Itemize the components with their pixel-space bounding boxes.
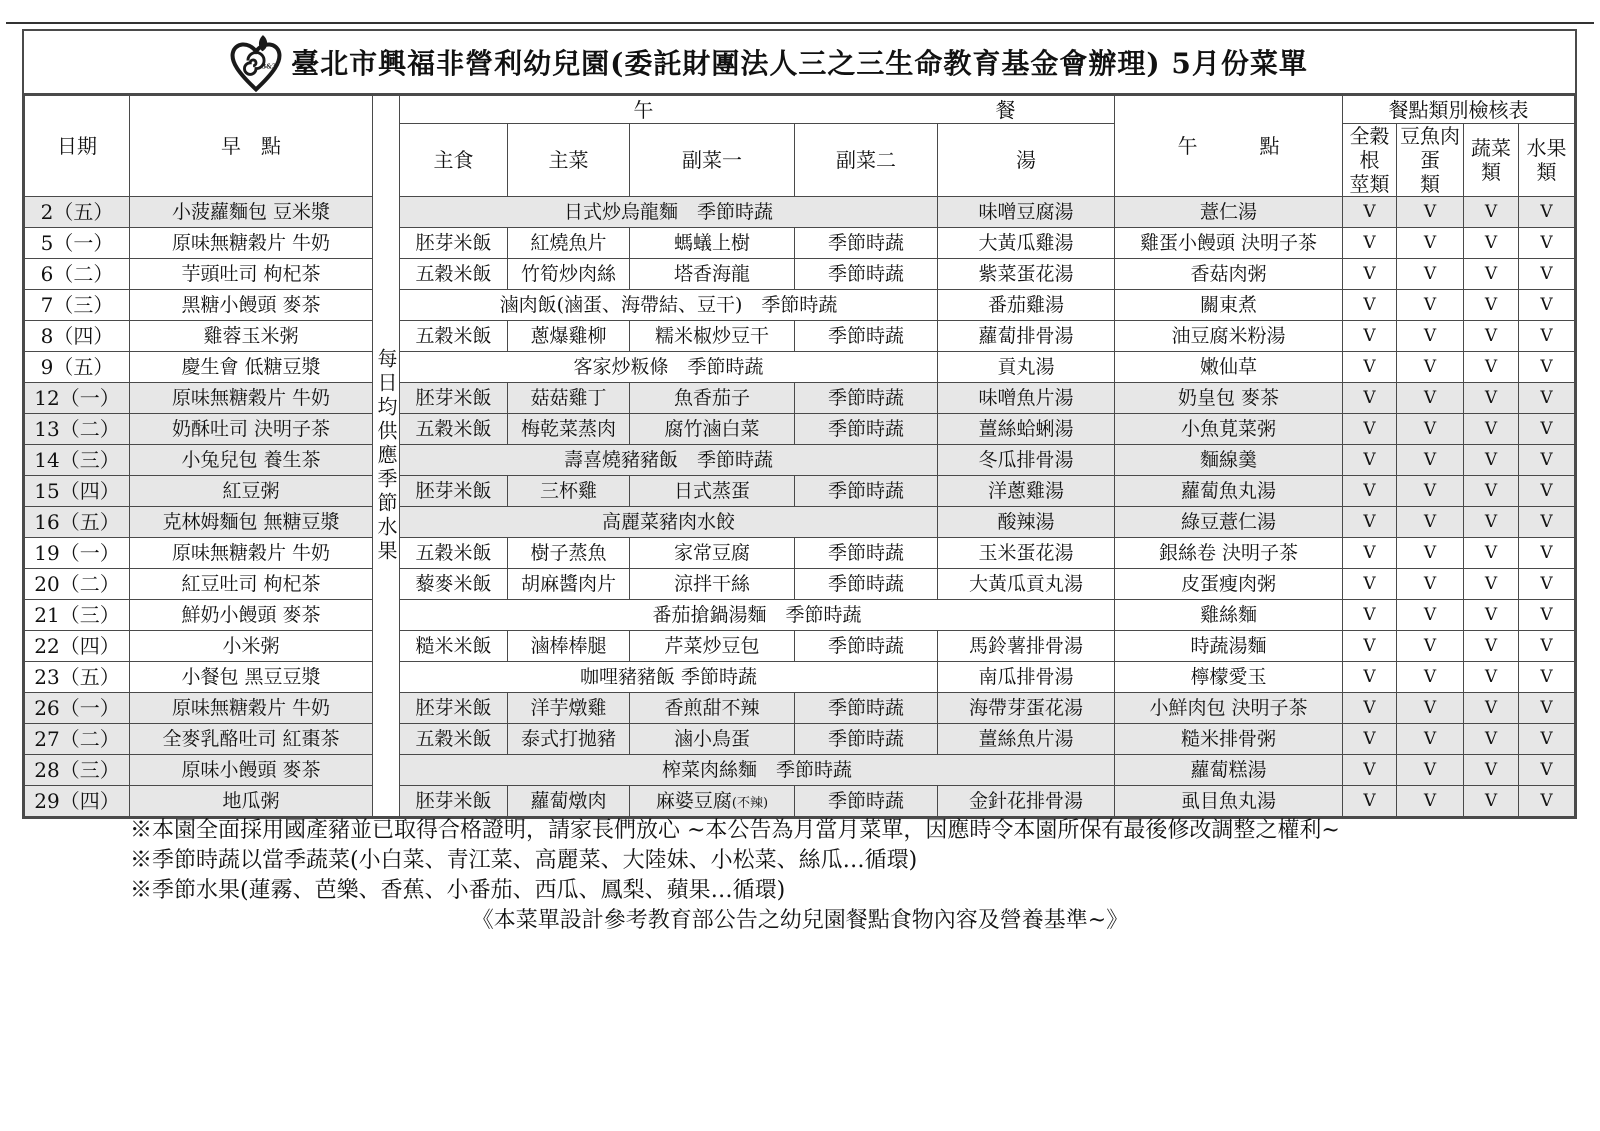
- lunch-staple-cell: 五穀米飯: [400, 414, 508, 445]
- check-mark-cell: V: [1397, 352, 1464, 383]
- check-mark-cell: V: [1397, 383, 1464, 414]
- breakfast-cell: 慶生會 低糖豆漿: [130, 352, 373, 383]
- check-mark-cell: V: [1464, 259, 1519, 290]
- check-mark-cell: V: [1464, 538, 1519, 569]
- menu-row: 15（四）紅豆粥胚芽米飯三杯雞日式蒸蛋季節時蔬洋蔥雞湯蘿蔔魚丸湯VVVV: [25, 476, 1575, 507]
- date-cell: 9（五）: [25, 352, 130, 383]
- lunch-main-cell: 樹子蒸魚: [508, 538, 630, 569]
- check-mark-cell: V: [1397, 569, 1464, 600]
- breakfast-cell: 紅豆吐司 枸杞茶: [130, 569, 373, 600]
- check-mark-cell: V: [1343, 445, 1397, 476]
- lunch-combo-cell: 客家炒粄條 季節時蔬: [400, 352, 938, 383]
- menu-row: 21（三）鮮奶小饅頭 麥茶番茄搶鍋湯麵 季節時蔬雞絲麵VVVV: [25, 600, 1575, 631]
- header-row-1: 日期 早 點 每日均供應季節水果 午 餐 午 點 餐點類別檢核表: [25, 96, 1575, 124]
- breakfast-cell: 克林姆麵包 無糖豆漿: [130, 507, 373, 538]
- col-header-main: 主菜: [508, 124, 630, 197]
- lunch-main-cell: 竹筍炒肉絲: [508, 259, 630, 290]
- lunch-side1-cell: 芹菜炒豆包: [630, 631, 795, 662]
- check-mark-cell: V: [1519, 786, 1575, 817]
- check-mark-cell: V: [1519, 662, 1575, 693]
- lunch-side1-cell: 塔香海龍: [630, 259, 795, 290]
- lunch-soup-cell: 番茄雞湯: [938, 290, 1115, 321]
- snack-cell: 麵線羹: [1115, 445, 1343, 476]
- col-header-side2: 副菜二: [795, 124, 938, 197]
- logo-text: 3&3: [262, 64, 277, 71]
- check-mark-cell: V: [1343, 197, 1397, 228]
- date-cell: 16（五）: [25, 507, 130, 538]
- breakfast-cell: 小米粥: [130, 631, 373, 662]
- menu-row: 14（三）小兔兒包 養生茶壽喜燒豬豬飯 季節時蔬冬瓜排骨湯麵線羹VVVV: [25, 445, 1575, 476]
- check-mark-cell: V: [1343, 662, 1397, 693]
- lunch-header-left: 午: [633, 99, 653, 121]
- breakfast-cell: 雞蓉玉米粥: [130, 321, 373, 352]
- check-mark-cell: V: [1397, 724, 1464, 755]
- breakfast-cell: 地瓜粥: [130, 786, 373, 817]
- date-cell: 14（三）: [25, 445, 130, 476]
- menu-row: 6（二）芋頭吐司 枸杞茶五穀米飯竹筍炒肉絲塔香海龍季節時蔬紫菜蛋花湯香菇肉粥VV…: [25, 259, 1575, 290]
- lunch-soup-cell: 冬瓜排骨湯: [938, 445, 1115, 476]
- breakfast-cell: 原味無糖穀片 牛奶: [130, 538, 373, 569]
- lunch-soup-cell: 蘿蔔排骨湯: [938, 321, 1115, 352]
- date-cell: 29（四）: [25, 786, 130, 817]
- breakfast-cell: 紅豆粥: [130, 476, 373, 507]
- footnote-standard: 《本菜單設計參考教育部公告之幼兒園餐點食物內容及營養基準~》: [0, 906, 1600, 936]
- breakfast-cell: 原味無糖穀片 牛奶: [130, 228, 373, 259]
- menu-row: 2（五）小菠蘿麵包 豆米漿日式炒烏龍麵 季節時蔬味噌豆腐湯薏仁湯VVVV: [25, 197, 1575, 228]
- snack-cell: 檸檬愛玉: [1115, 662, 1343, 693]
- lunch-combo-cell: 番茄搶鍋湯麵 季節時蔬: [400, 600, 1115, 631]
- lunch-main-cell: 梅乾菜蒸肉: [508, 414, 630, 445]
- menu-row: 13（二）奶酥吐司 決明子茶五穀米飯梅乾菜蒸肉腐竹滷白菜季節時蔬薑絲蛤蜊湯小魚莧…: [25, 414, 1575, 445]
- lunch-combo-cell: 咖哩豬豬飯 季節時蔬: [400, 662, 938, 693]
- snack-cell: 油豆腐米粉湯: [1115, 321, 1343, 352]
- lunch-soup-cell: 玉米蛋花湯: [938, 538, 1115, 569]
- lunch-soup-cell: 薑絲蛤蜊湯: [938, 414, 1115, 445]
- check-mark-cell: V: [1343, 631, 1397, 662]
- check-mark-cell: V: [1397, 600, 1464, 631]
- menu-row: 5（一）原味無糖穀片 牛奶胚芽米飯紅燒魚片螞蟻上樹季節時蔬大黃瓜雞湯雞蛋小饅頭 …: [25, 228, 1575, 259]
- col-header-snack: 午 點: [1115, 96, 1343, 197]
- lunch-side1-cell: 日式蒸蛋: [630, 476, 795, 507]
- lunch-combo-cell: 壽喜燒豬豬飯 季節時蔬: [400, 445, 938, 476]
- date-cell: 2（五）: [25, 197, 130, 228]
- footnote-fruits: ※季節水果(蓮霧、芭樂、香蕉、小番茄、西瓜、鳳梨、蘋果…循環): [0, 876, 1600, 906]
- check-mark-cell: V: [1464, 724, 1519, 755]
- snack-cell: 香菇肉粥: [1115, 259, 1343, 290]
- date-cell: 26（一）: [25, 693, 130, 724]
- check-mark-cell: V: [1397, 290, 1464, 321]
- snack-cell: 小魚莧菜粥: [1115, 414, 1343, 445]
- lunch-soup-cell: 洋蔥雞湯: [938, 476, 1115, 507]
- col-header-lunch: 午 餐: [400, 96, 1115, 124]
- check-mark-cell: V: [1343, 755, 1397, 786]
- date-cell: 21（三）: [25, 600, 130, 631]
- lunch-soup-cell: 味噌豆腐湯: [938, 197, 1115, 228]
- check-mark-cell: V: [1343, 414, 1397, 445]
- date-cell: 28（三）: [25, 755, 130, 786]
- lunch-side2-cell: 季節時蔬: [795, 476, 938, 507]
- menu-row: 28（三）原味小饅頭 麥茶榨菜肉絲麵 季節時蔬蘿蔔糕湯VVVV: [25, 755, 1575, 786]
- dish-note: (不辣): [732, 796, 768, 811]
- check-mark-cell: V: [1397, 662, 1464, 693]
- breakfast-cell: 原味無糖穀片 牛奶: [130, 383, 373, 414]
- lunch-combo-cell: 日式炒烏龍麵 季節時蔬: [400, 197, 938, 228]
- snack-cell: 虱目魚丸湯: [1115, 786, 1343, 817]
- breakfast-cell: 芋頭吐司 枸杞茶: [130, 259, 373, 290]
- footnote-vegetables: ※季節時蔬以當季蔬菜(小白菜、青江菜、高麗菜、大陸妹、小松菜、絲瓜…循環): [0, 846, 1600, 876]
- lunch-soup-cell: 味噌魚片湯: [938, 383, 1115, 414]
- footnotes: ※本園全面採用國產豬並已取得合格證明，請家長們放心 ~本公告為月當月菜單，因應時…: [0, 816, 1600, 936]
- check-mark-cell: V: [1343, 228, 1397, 259]
- menu-row: 29（四）地瓜粥胚芽米飯蘿蔔燉肉麻婆豆腐(不辣)季節時蔬金針花排骨湯虱目魚丸湯V…: [25, 786, 1575, 817]
- check-mark-cell: V: [1519, 228, 1575, 259]
- school-heart-logo: 3&3: [227, 34, 285, 94]
- lunch-side1-cell: 腐竹滷白菜: [630, 414, 795, 445]
- menu-row: 23（五）小餐包 黑豆豆漿咖哩豬豬飯 季節時蔬南瓜排骨湯檸檬愛玉VVVV: [25, 662, 1575, 693]
- check-mark-cell: V: [1397, 445, 1464, 476]
- check-mark-cell: V: [1519, 569, 1575, 600]
- daily-fruit-note: 每日均供應季節水果: [373, 96, 400, 817]
- lunch-soup-cell: 金針花排骨湯: [938, 786, 1115, 817]
- lunch-staple-cell: 胚芽米飯: [400, 383, 508, 414]
- lunch-soup-cell: 酸辣湯: [938, 507, 1115, 538]
- lunch-staple-cell: 胚芽米飯: [400, 693, 508, 724]
- snack-header-right: 點: [1260, 135, 1280, 157]
- snack-cell: 奶皇包 麥茶: [1115, 383, 1343, 414]
- lunch-main-cell: 洋芋燉雞: [508, 693, 630, 724]
- check-mark-cell: V: [1343, 383, 1397, 414]
- lunch-main-cell: 三杯雞: [508, 476, 630, 507]
- date-cell: 8（四）: [25, 321, 130, 352]
- lunch-side1-cell: 滷小鳥蛋: [630, 724, 795, 755]
- check-mark-cell: V: [1464, 352, 1519, 383]
- check-mark-cell: V: [1397, 786, 1464, 817]
- col-header-soup: 湯: [938, 124, 1115, 197]
- lunch-side2-cell: 季節時蔬: [795, 631, 938, 662]
- lunch-combo-cell: 滷肉飯(滷蛋、海帶結、豆干) 季節時蔬: [400, 290, 938, 321]
- footnote-pork: ※本園全面採用國產豬並已取得合格證明，請家長們放心 ~本公告為月當月菜單，因應時…: [0, 816, 1600, 846]
- lunch-header-right: 餐: [996, 99, 1016, 121]
- check-mark-cell: V: [1519, 476, 1575, 507]
- check-mark-cell: V: [1519, 538, 1575, 569]
- check-mark-cell: V: [1519, 197, 1575, 228]
- check-mark-cell: V: [1464, 786, 1519, 817]
- snack-cell: 糙米排骨粥: [1115, 724, 1343, 755]
- snack-cell: 關東煮: [1115, 290, 1343, 321]
- snack-cell: 嫩仙草: [1115, 352, 1343, 383]
- lunch-soup-cell: 海帶芽蛋花湯: [938, 693, 1115, 724]
- lunch-staple-cell: 胚芽米飯: [400, 228, 508, 259]
- date-cell: 5（一）: [25, 228, 130, 259]
- check-mark-cell: V: [1397, 228, 1464, 259]
- menu-table-frame: 3&3 臺北市興福非營利幼兒園(委託財團法人三之三生命教育基金會辦理) 5月份菜…: [22, 29, 1577, 819]
- breakfast-cell: 全麥乳酪吐司 紅棗茶: [130, 724, 373, 755]
- check-mark-cell: V: [1343, 290, 1397, 321]
- menu-row: 20（二）紅豆吐司 枸杞茶藜麥米飯胡麻醬肉片涼拌干絲季節時蔬大黃瓜貢丸湯皮蛋瘦肉…: [25, 569, 1575, 600]
- check-mark-cell: V: [1397, 755, 1464, 786]
- lunch-soup-cell: 紫菜蛋花湯: [938, 259, 1115, 290]
- check-mark-cell: V: [1397, 259, 1464, 290]
- date-cell: 6（二）: [25, 259, 130, 290]
- lunch-side1-cell: 麻婆豆腐(不辣): [630, 786, 795, 817]
- check-mark-cell: V: [1343, 507, 1397, 538]
- lunch-staple-cell: 糙米米飯: [400, 631, 508, 662]
- check-mark-cell: V: [1464, 755, 1519, 786]
- check-mark-cell: V: [1464, 662, 1519, 693]
- check-mark-cell: V: [1343, 321, 1397, 352]
- lunch-combo-cell: 榨菜肉絲麵 季節時蔬: [400, 755, 1115, 786]
- snack-cell: 小鮮肉包 決明子茶: [1115, 693, 1343, 724]
- lunch-main-cell: 滷棒棒腿: [508, 631, 630, 662]
- check-mark-cell: V: [1397, 693, 1464, 724]
- check-mark-cell: V: [1519, 755, 1575, 786]
- lunch-side1-cell: 魚香茄子: [630, 383, 795, 414]
- check-mark-cell: V: [1397, 197, 1464, 228]
- date-cell: 23（五）: [25, 662, 130, 693]
- lunch-soup-cell: 薑絲魚片湯: [938, 724, 1115, 755]
- check-mark-cell: V: [1343, 693, 1397, 724]
- check-mark-cell: V: [1343, 259, 1397, 290]
- col-header-grains: 全穀根 莖類: [1343, 124, 1397, 197]
- check-mark-cell: V: [1519, 414, 1575, 445]
- date-cell: 20（二）: [25, 569, 130, 600]
- lunch-side2-cell: 季節時蔬: [795, 538, 938, 569]
- lunch-side2-cell: 季節時蔬: [795, 724, 938, 755]
- snack-cell: 雞絲麵: [1115, 600, 1343, 631]
- menu-row: 26（一）原味無糖穀片 牛奶胚芽米飯洋芋燉雞香煎甜不辣季節時蔬海帶芽蛋花湯小鮮肉…: [25, 693, 1575, 724]
- lunch-side1-cell: 螞蟻上樹: [630, 228, 795, 259]
- check-mark-cell: V: [1464, 445, 1519, 476]
- lunch-side2-cell: 季節時蔬: [795, 383, 938, 414]
- check-mark-cell: V: [1519, 724, 1575, 755]
- page-top-rule: [6, 22, 1594, 24]
- menu-table: 日期 早 點 每日均供應季節水果 午 餐 午 點 餐點類別檢核表: [24, 95, 1575, 817]
- menu-row: 8（四）雞蓉玉米粥五穀米飯蔥爆雞柳糯米椒炒豆干季節時蔬蘿蔔排骨湯油豆腐米粉湯VV…: [25, 321, 1575, 352]
- check-mark-cell: V: [1397, 631, 1464, 662]
- check-mark-cell: V: [1464, 383, 1519, 414]
- col-header-vegetable: 蔬菜類: [1464, 124, 1519, 197]
- breakfast-cell: 鮮奶小饅頭 麥茶: [130, 600, 373, 631]
- lunch-side1-cell: 家常豆腐: [630, 538, 795, 569]
- date-cell: 15（四）: [25, 476, 130, 507]
- snack-cell: 時蔬湯麵: [1115, 631, 1343, 662]
- lunch-side2-cell: 季節時蔬: [795, 259, 938, 290]
- lunch-side1-cell: 香煎甜不辣: [630, 693, 795, 724]
- check-mark-cell: V: [1343, 538, 1397, 569]
- check-mark-cell: V: [1397, 507, 1464, 538]
- check-mark-cell: V: [1464, 476, 1519, 507]
- snack-cell: 雞蛋小饅頭 決明子茶: [1115, 228, 1343, 259]
- check-mark-cell: V: [1464, 507, 1519, 538]
- check-mark-cell: V: [1343, 600, 1397, 631]
- check-mark-cell: V: [1343, 569, 1397, 600]
- menu-row: 27（二）全麥乳酪吐司 紅棗茶五穀米飯泰式打拋豬滷小鳥蛋季節時蔬薑絲魚片湯糙米排…: [25, 724, 1575, 755]
- lunch-staple-cell: 胚芽米飯: [400, 786, 508, 817]
- check-mark-cell: V: [1464, 569, 1519, 600]
- lunch-side2-cell: 季節時蔬: [795, 414, 938, 445]
- lunch-soup-cell: 馬鈴薯排骨湯: [938, 631, 1115, 662]
- check-mark-cell: V: [1519, 600, 1575, 631]
- col-header-breakfast: 早 點: [130, 96, 373, 197]
- breakfast-cell: 小菠蘿麵包 豆米漿: [130, 197, 373, 228]
- date-cell: 13（二）: [25, 414, 130, 445]
- date-cell: 27（二）: [25, 724, 130, 755]
- check-mark-cell: V: [1464, 290, 1519, 321]
- col-header-checklist: 餐點類別檢核表: [1343, 96, 1575, 124]
- col-header-fruit: 水果類: [1519, 124, 1575, 197]
- lunch-staple-cell: 五穀米飯: [400, 321, 508, 352]
- snack-cell: 蘿蔔魚丸湯: [1115, 476, 1343, 507]
- title-bar: 3&3 臺北市興福非營利幼兒園(委託財團法人三之三生命教育基金會辦理) 5月份菜…: [24, 31, 1575, 95]
- lunch-soup-cell: 大黃瓜雞湯: [938, 228, 1115, 259]
- check-mark-cell: V: [1519, 259, 1575, 290]
- check-mark-cell: V: [1343, 786, 1397, 817]
- check-mark-cell: V: [1519, 693, 1575, 724]
- breakfast-cell: 原味小饅頭 麥茶: [130, 755, 373, 786]
- date-cell: 12（一）: [25, 383, 130, 414]
- col-header-protein: 豆魚肉蛋 類: [1397, 124, 1464, 197]
- breakfast-cell: 小兔兒包 養生茶: [130, 445, 373, 476]
- lunch-staple-cell: 胚芽米飯: [400, 476, 508, 507]
- lunch-side2-cell: 季節時蔬: [795, 786, 938, 817]
- check-mark-cell: V: [1397, 321, 1464, 352]
- check-mark-cell: V: [1397, 476, 1464, 507]
- snack-header-left: 午: [1178, 135, 1198, 157]
- check-mark-cell: V: [1519, 507, 1575, 538]
- lunch-soup-cell: 貢丸湯: [938, 352, 1115, 383]
- check-mark-cell: V: [1343, 724, 1397, 755]
- check-mark-cell: V: [1519, 290, 1575, 321]
- logo-spiral-icon: [244, 52, 264, 74]
- col-header-staple: 主食: [400, 124, 508, 197]
- menu-row: 19（一）原味無糖穀片 牛奶五穀米飯樹子蒸魚家常豆腐季節時蔬玉米蛋花湯銀絲卷 決…: [25, 538, 1575, 569]
- check-mark-cell: V: [1397, 538, 1464, 569]
- date-cell: 19（一）: [25, 538, 130, 569]
- snack-cell: 薏仁湯: [1115, 197, 1343, 228]
- check-mark-cell: V: [1464, 321, 1519, 352]
- menu-row: 16（五）克林姆麵包 無糖豆漿高麗菜豬肉水餃酸辣湯綠豆薏仁湯VVVV: [25, 507, 1575, 538]
- col-header-side1: 副菜一: [630, 124, 795, 197]
- lunch-side2-cell: 季節時蔬: [795, 569, 938, 600]
- snack-cell: 銀絲卷 決明子茶: [1115, 538, 1343, 569]
- check-mark-cell: V: [1519, 383, 1575, 414]
- lunch-side2-cell: 季節時蔬: [795, 321, 938, 352]
- breakfast-cell: 小餐包 黑豆豆漿: [130, 662, 373, 693]
- check-mark-cell: V: [1519, 321, 1575, 352]
- check-mark-cell: V: [1464, 693, 1519, 724]
- check-mark-cell: V: [1519, 352, 1575, 383]
- breakfast-cell: 黑糖小饅頭 麥茶: [130, 290, 373, 321]
- lunch-side1-cell: 涼拌干絲: [630, 569, 795, 600]
- lunch-side1-cell: 糯米椒炒豆干: [630, 321, 795, 352]
- lunch-main-cell: 蘿蔔燉肉: [508, 786, 630, 817]
- breakfast-cell: 原味無糖穀片 牛奶: [130, 693, 373, 724]
- check-mark-cell: V: [1464, 600, 1519, 631]
- snack-cell: 皮蛋瘦肉粥: [1115, 569, 1343, 600]
- check-mark-cell: V: [1397, 414, 1464, 445]
- lunch-main-cell: 泰式打拋豬: [508, 724, 630, 755]
- lunch-main-cell: 蔥爆雞柳: [508, 321, 630, 352]
- lunch-staple-cell: 藜麥米飯: [400, 569, 508, 600]
- lunch-main-cell: 紅燒魚片: [508, 228, 630, 259]
- check-mark-cell: V: [1464, 414, 1519, 445]
- col-header-date: 日期: [25, 96, 130, 197]
- lunch-combo-cell: 高麗菜豬肉水餃: [400, 507, 938, 538]
- check-mark-cell: V: [1343, 352, 1397, 383]
- check-mark-cell: V: [1464, 228, 1519, 259]
- lunch-staple-cell: 五穀米飯: [400, 724, 508, 755]
- date-cell: 22（四）: [25, 631, 130, 662]
- check-mark-cell: V: [1519, 631, 1575, 662]
- lunch-staple-cell: 五穀米飯: [400, 259, 508, 290]
- menu-row: 22（四）小米粥糙米米飯滷棒棒腿芹菜炒豆包季節時蔬馬鈴薯排骨湯時蔬湯麵VVVV: [25, 631, 1575, 662]
- menu-row: 7（三）黑糖小饅頭 麥茶滷肉飯(滷蛋、海帶結、豆干) 季節時蔬番茄雞湯關東煮VV…: [25, 290, 1575, 321]
- lunch-soup-cell: 南瓜排骨湯: [938, 662, 1115, 693]
- snack-cell: 綠豆薏仁湯: [1115, 507, 1343, 538]
- menu-row: 12（一）原味無糖穀片 牛奶胚芽米飯菇菇雞丁魚香茄子季節時蔬味噌魚片湯奶皇包 麥…: [25, 383, 1575, 414]
- menu-row: 9（五）慶生會 低糖豆漿客家炒粄條 季節時蔬貢丸湯嫩仙草VVVV: [25, 352, 1575, 383]
- date-cell: 7（三）: [25, 290, 130, 321]
- breakfast-cell: 奶酥吐司 決明子茶: [130, 414, 373, 445]
- snack-cell: 蘿蔔糕湯: [1115, 755, 1343, 786]
- lunch-main-cell: 菇菇雞丁: [508, 383, 630, 414]
- lunch-soup-cell: 大黃瓜貢丸湯: [938, 569, 1115, 600]
- lunch-main-cell: 胡麻醬肉片: [508, 569, 630, 600]
- lunch-side2-cell: 季節時蔬: [795, 228, 938, 259]
- lunch-staple-cell: 五穀米飯: [400, 538, 508, 569]
- check-mark-cell: V: [1464, 197, 1519, 228]
- check-mark-cell: V: [1343, 476, 1397, 507]
- page-title: 臺北市興福非營利幼兒園(委託財團法人三之三生命教育基金會辦理) 5月份菜單: [291, 42, 1308, 82]
- check-mark-cell: V: [1464, 631, 1519, 662]
- check-mark-cell: V: [1519, 445, 1575, 476]
- lunch-side2-cell: 季節時蔬: [795, 693, 938, 724]
